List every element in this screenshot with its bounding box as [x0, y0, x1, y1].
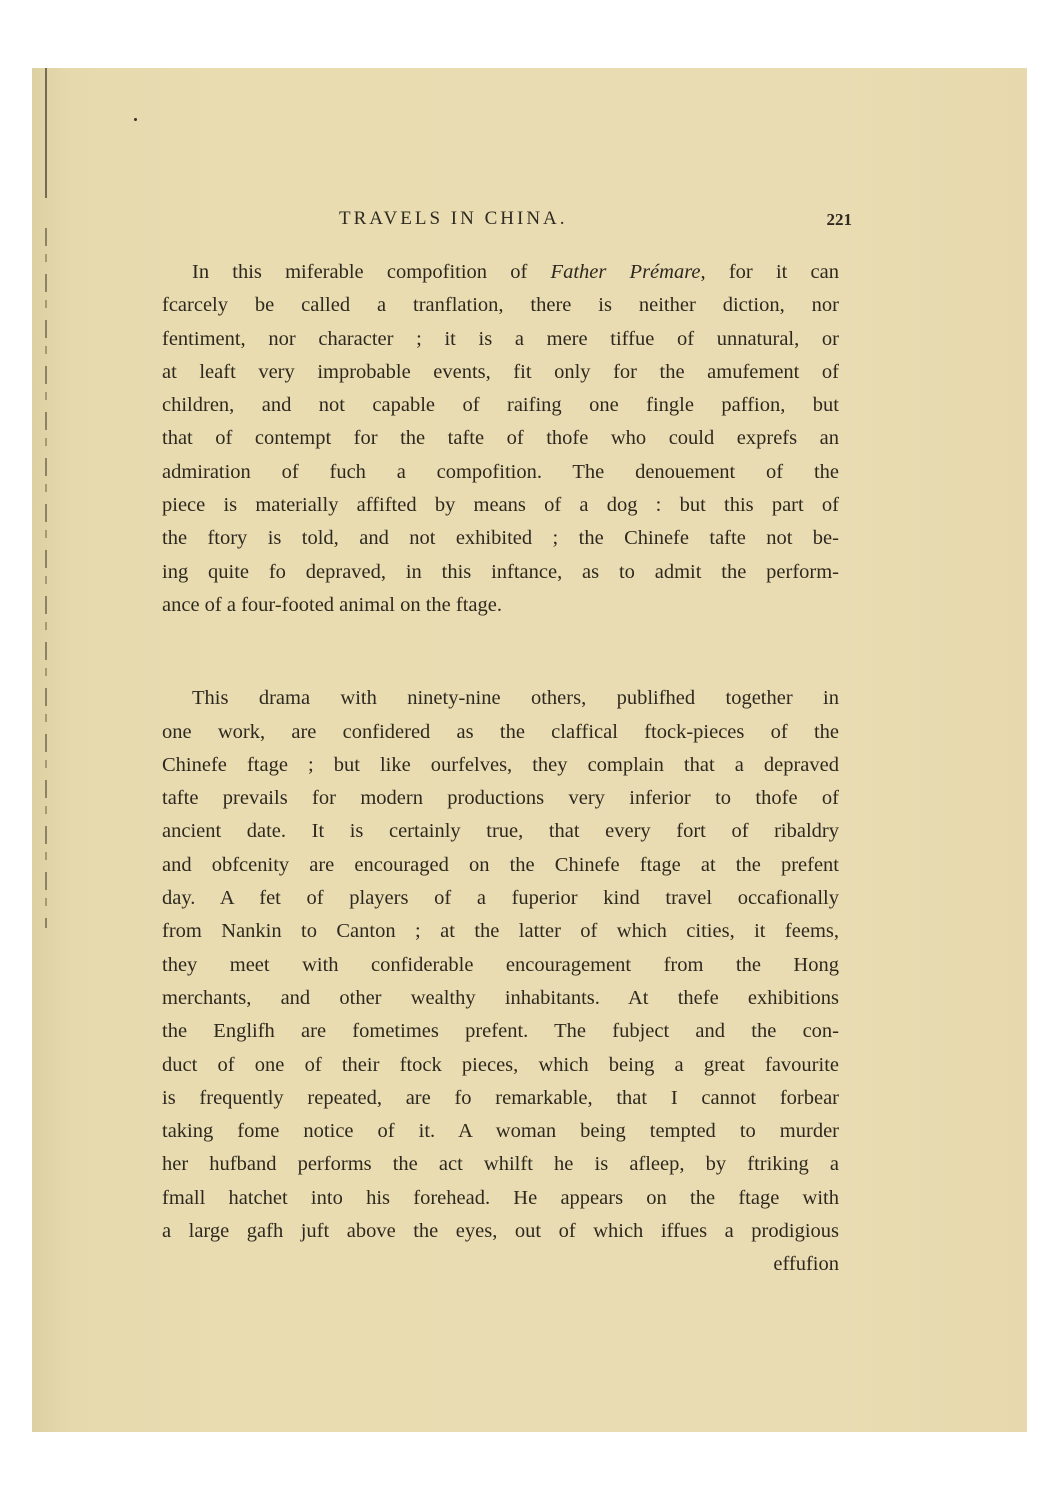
- text-line: duct of one of their ftock pieces, which…: [162, 1049, 839, 1082]
- text-span: , for it can: [701, 261, 839, 283]
- text-line: taking fome notice of it. A woman being …: [162, 1115, 839, 1148]
- paragraph-1: In this miferable compofition of Father …: [162, 256, 839, 622]
- text-line: one work, are confidered as the claffica…: [162, 716, 839, 749]
- paragraph-gap: [162, 622, 839, 682]
- text-line: they meet with confiderable encouragemen…: [162, 949, 839, 982]
- text-line: This drama with ninety-nine others, publ…: [162, 682, 839, 715]
- text-line: her hufband performs the act whilft he i…: [162, 1148, 839, 1181]
- binding-shadow: [45, 228, 47, 928]
- running-head: TRAVELS IN CHINA. 221: [162, 208, 852, 238]
- text-line: and obfcenity are encouraged on the Chin…: [162, 849, 839, 882]
- text-line: at leaft very improbable events, fit onl…: [162, 356, 839, 389]
- catchword: effufion: [162, 1248, 839, 1281]
- text-line: piece is materially affifted by means of…: [162, 489, 839, 522]
- paragraph-2: This drama with ninety-nine others, publ…: [162, 682, 839, 1281]
- binding-edge: [45, 68, 47, 198]
- text-line: children, and not capable of raifing one…: [162, 389, 839, 422]
- text-line: In this miferable compofition of Father …: [162, 256, 839, 289]
- text-line: is frequently repeated, are fo remarkabl…: [162, 1082, 839, 1115]
- text-span: In this miferable compofition of: [192, 261, 551, 283]
- text-line: day. A fet of players of a fuperior kind…: [162, 882, 839, 915]
- text-line: from Nankin to Canton ; at the latter of…: [162, 915, 839, 948]
- text-line: ance of a four-footed animal on the ftag…: [162, 589, 839, 622]
- text-line: fcarcely be called a tranflation, there …: [162, 289, 839, 322]
- running-title: TRAVELS IN CHINA.: [339, 208, 568, 230]
- page-number: 221: [827, 210, 853, 230]
- text-line: fmall hatchet into his forehead. He appe…: [162, 1182, 839, 1215]
- text-line: a large gafh juft above the eyes, out of…: [162, 1215, 839, 1248]
- italic-name: Father Prémare: [551, 261, 701, 283]
- text-line: the ftory is told, and not exhibited ; t…: [162, 522, 839, 555]
- body-text: In this miferable compofition of Father …: [162, 256, 839, 1282]
- text-line: the Englifh are fometimes prefent. The f…: [162, 1015, 839, 1048]
- text-line: ancient date. It is certainly true, that…: [162, 815, 839, 848]
- text-line: merchants, and other wealthy inhabitants…: [162, 982, 839, 1015]
- text-line: fentiment, nor character ; it is a mere …: [162, 323, 839, 356]
- ink-speck: [134, 118, 137, 121]
- text-line: Chinefe ftage ; but like ourfelves, they…: [162, 749, 839, 782]
- book-page: TRAVELS IN CHINA. 221 In this miferable …: [32, 68, 1027, 1432]
- text-line: ing quite fo depraved, in this inftance,…: [162, 556, 839, 589]
- text-line: that of contempt for the tafte of thofe …: [162, 422, 839, 455]
- text-line: admiration of fuch a compofition. The de…: [162, 456, 839, 489]
- text-line: tafte prevails for modern productions ve…: [162, 782, 839, 815]
